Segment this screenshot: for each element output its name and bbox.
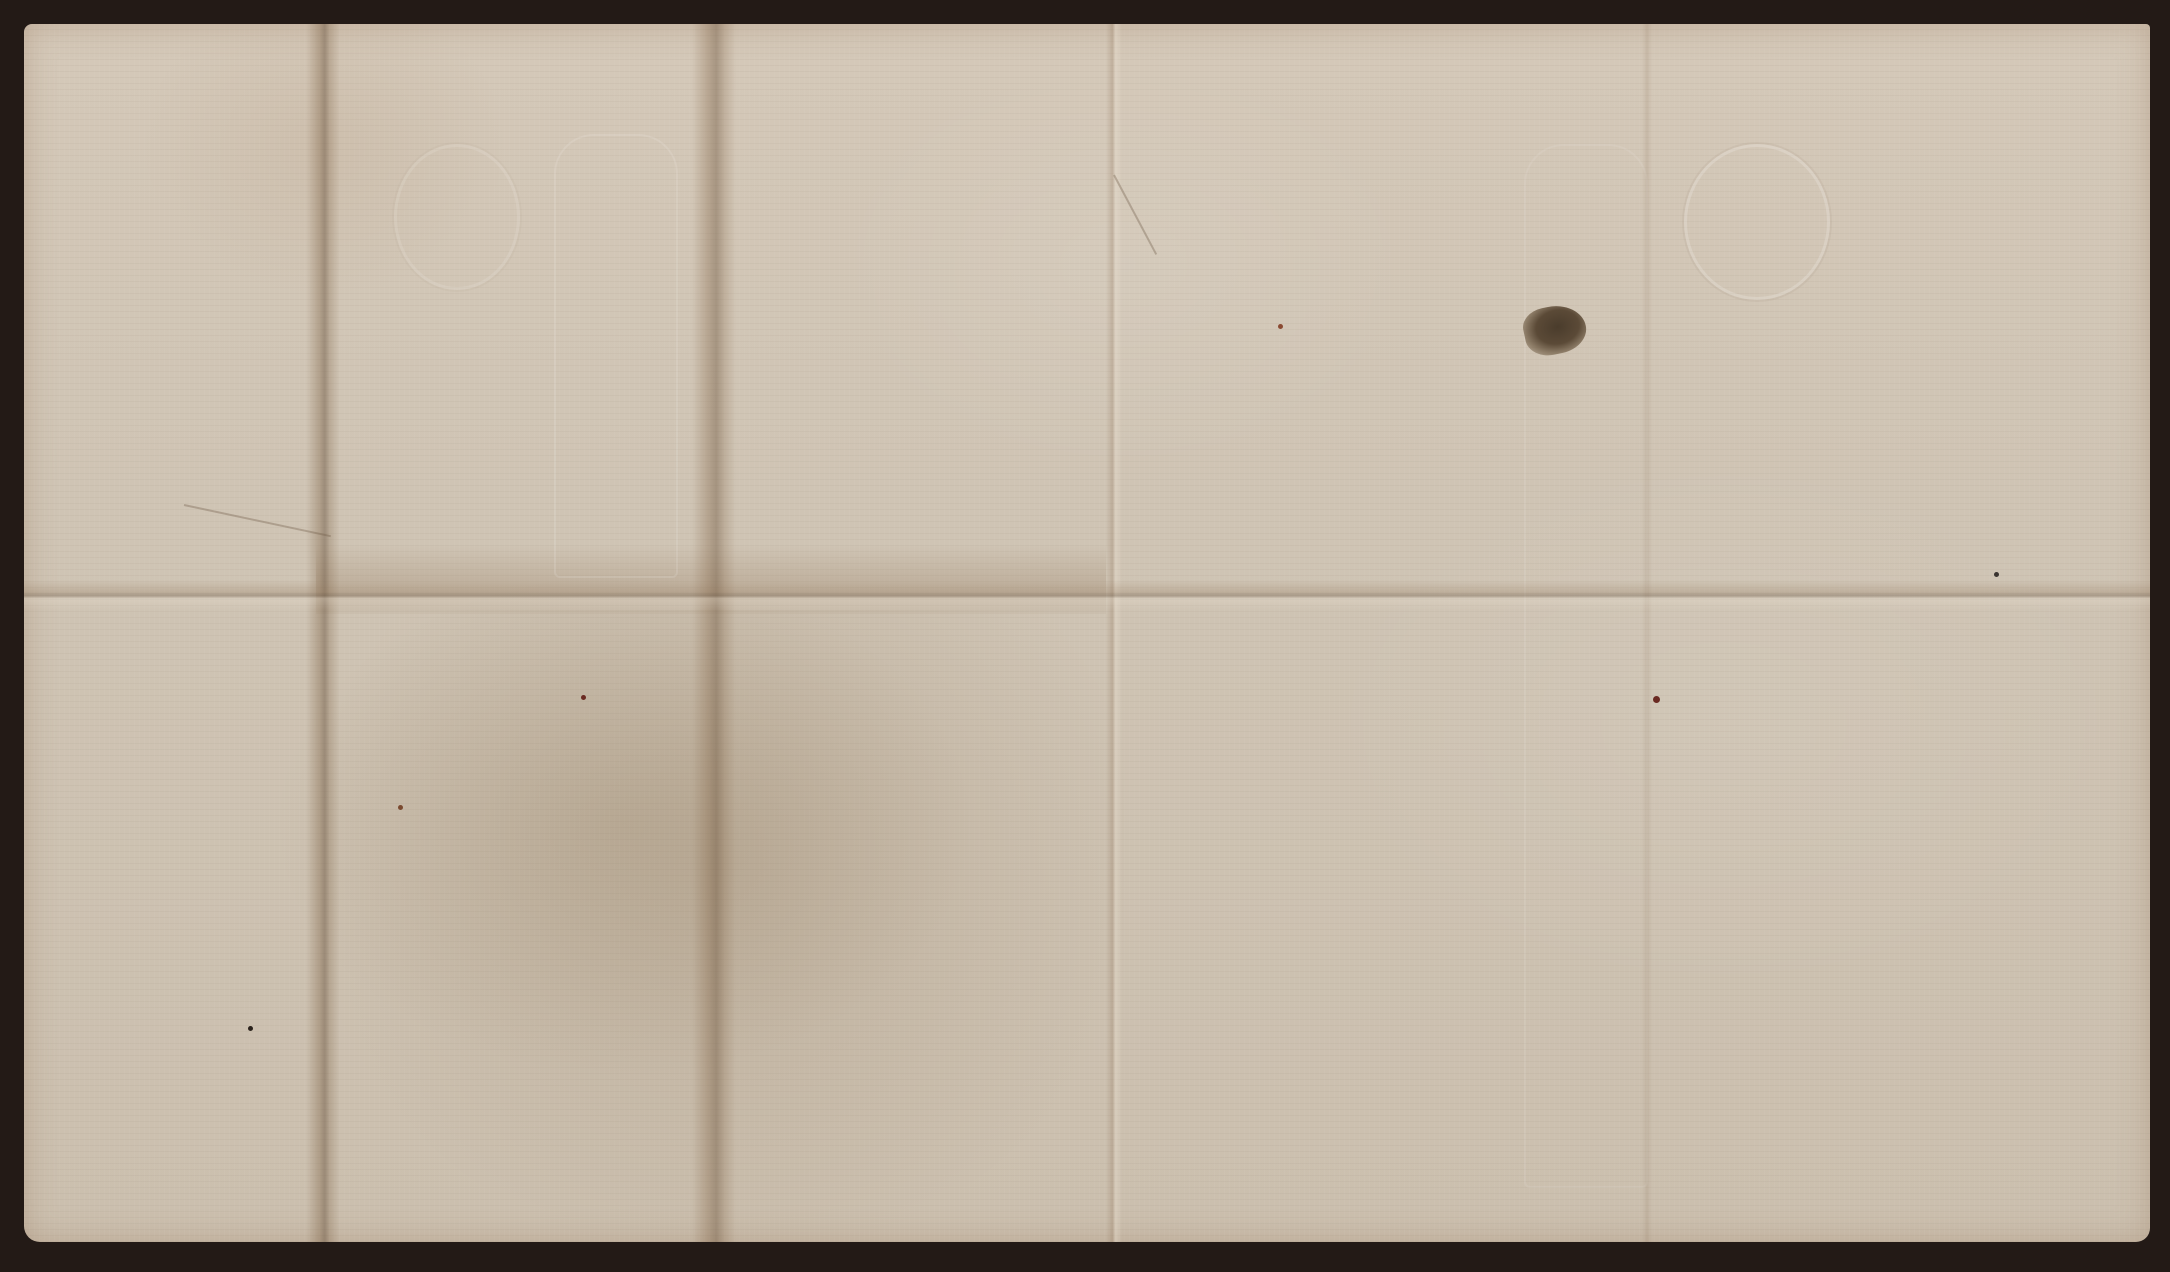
watermark-frame-right: [1524, 144, 1648, 1188]
speck: [1278, 324, 1283, 329]
red-speck: [1653, 696, 1660, 703]
watermark-frame-left: [554, 134, 678, 578]
horizontal-fold: [24, 580, 2150, 610]
speck: [398, 805, 403, 810]
vertical-fold-left: [306, 24, 340, 1242]
watermark-oval-left: [394, 144, 520, 290]
dark-speck: [248, 1026, 253, 1031]
vertical-fold-center: [1106, 24, 1122, 1242]
vertical-fold-right: [1642, 24, 1652, 1242]
watermark-oval-right: [1684, 144, 1830, 300]
dark-speck: [1994, 572, 1999, 577]
red-speck: [581, 695, 586, 700]
vertical-fold-middle: [692, 24, 736, 1242]
banknote-back: [24, 24, 2150, 1242]
